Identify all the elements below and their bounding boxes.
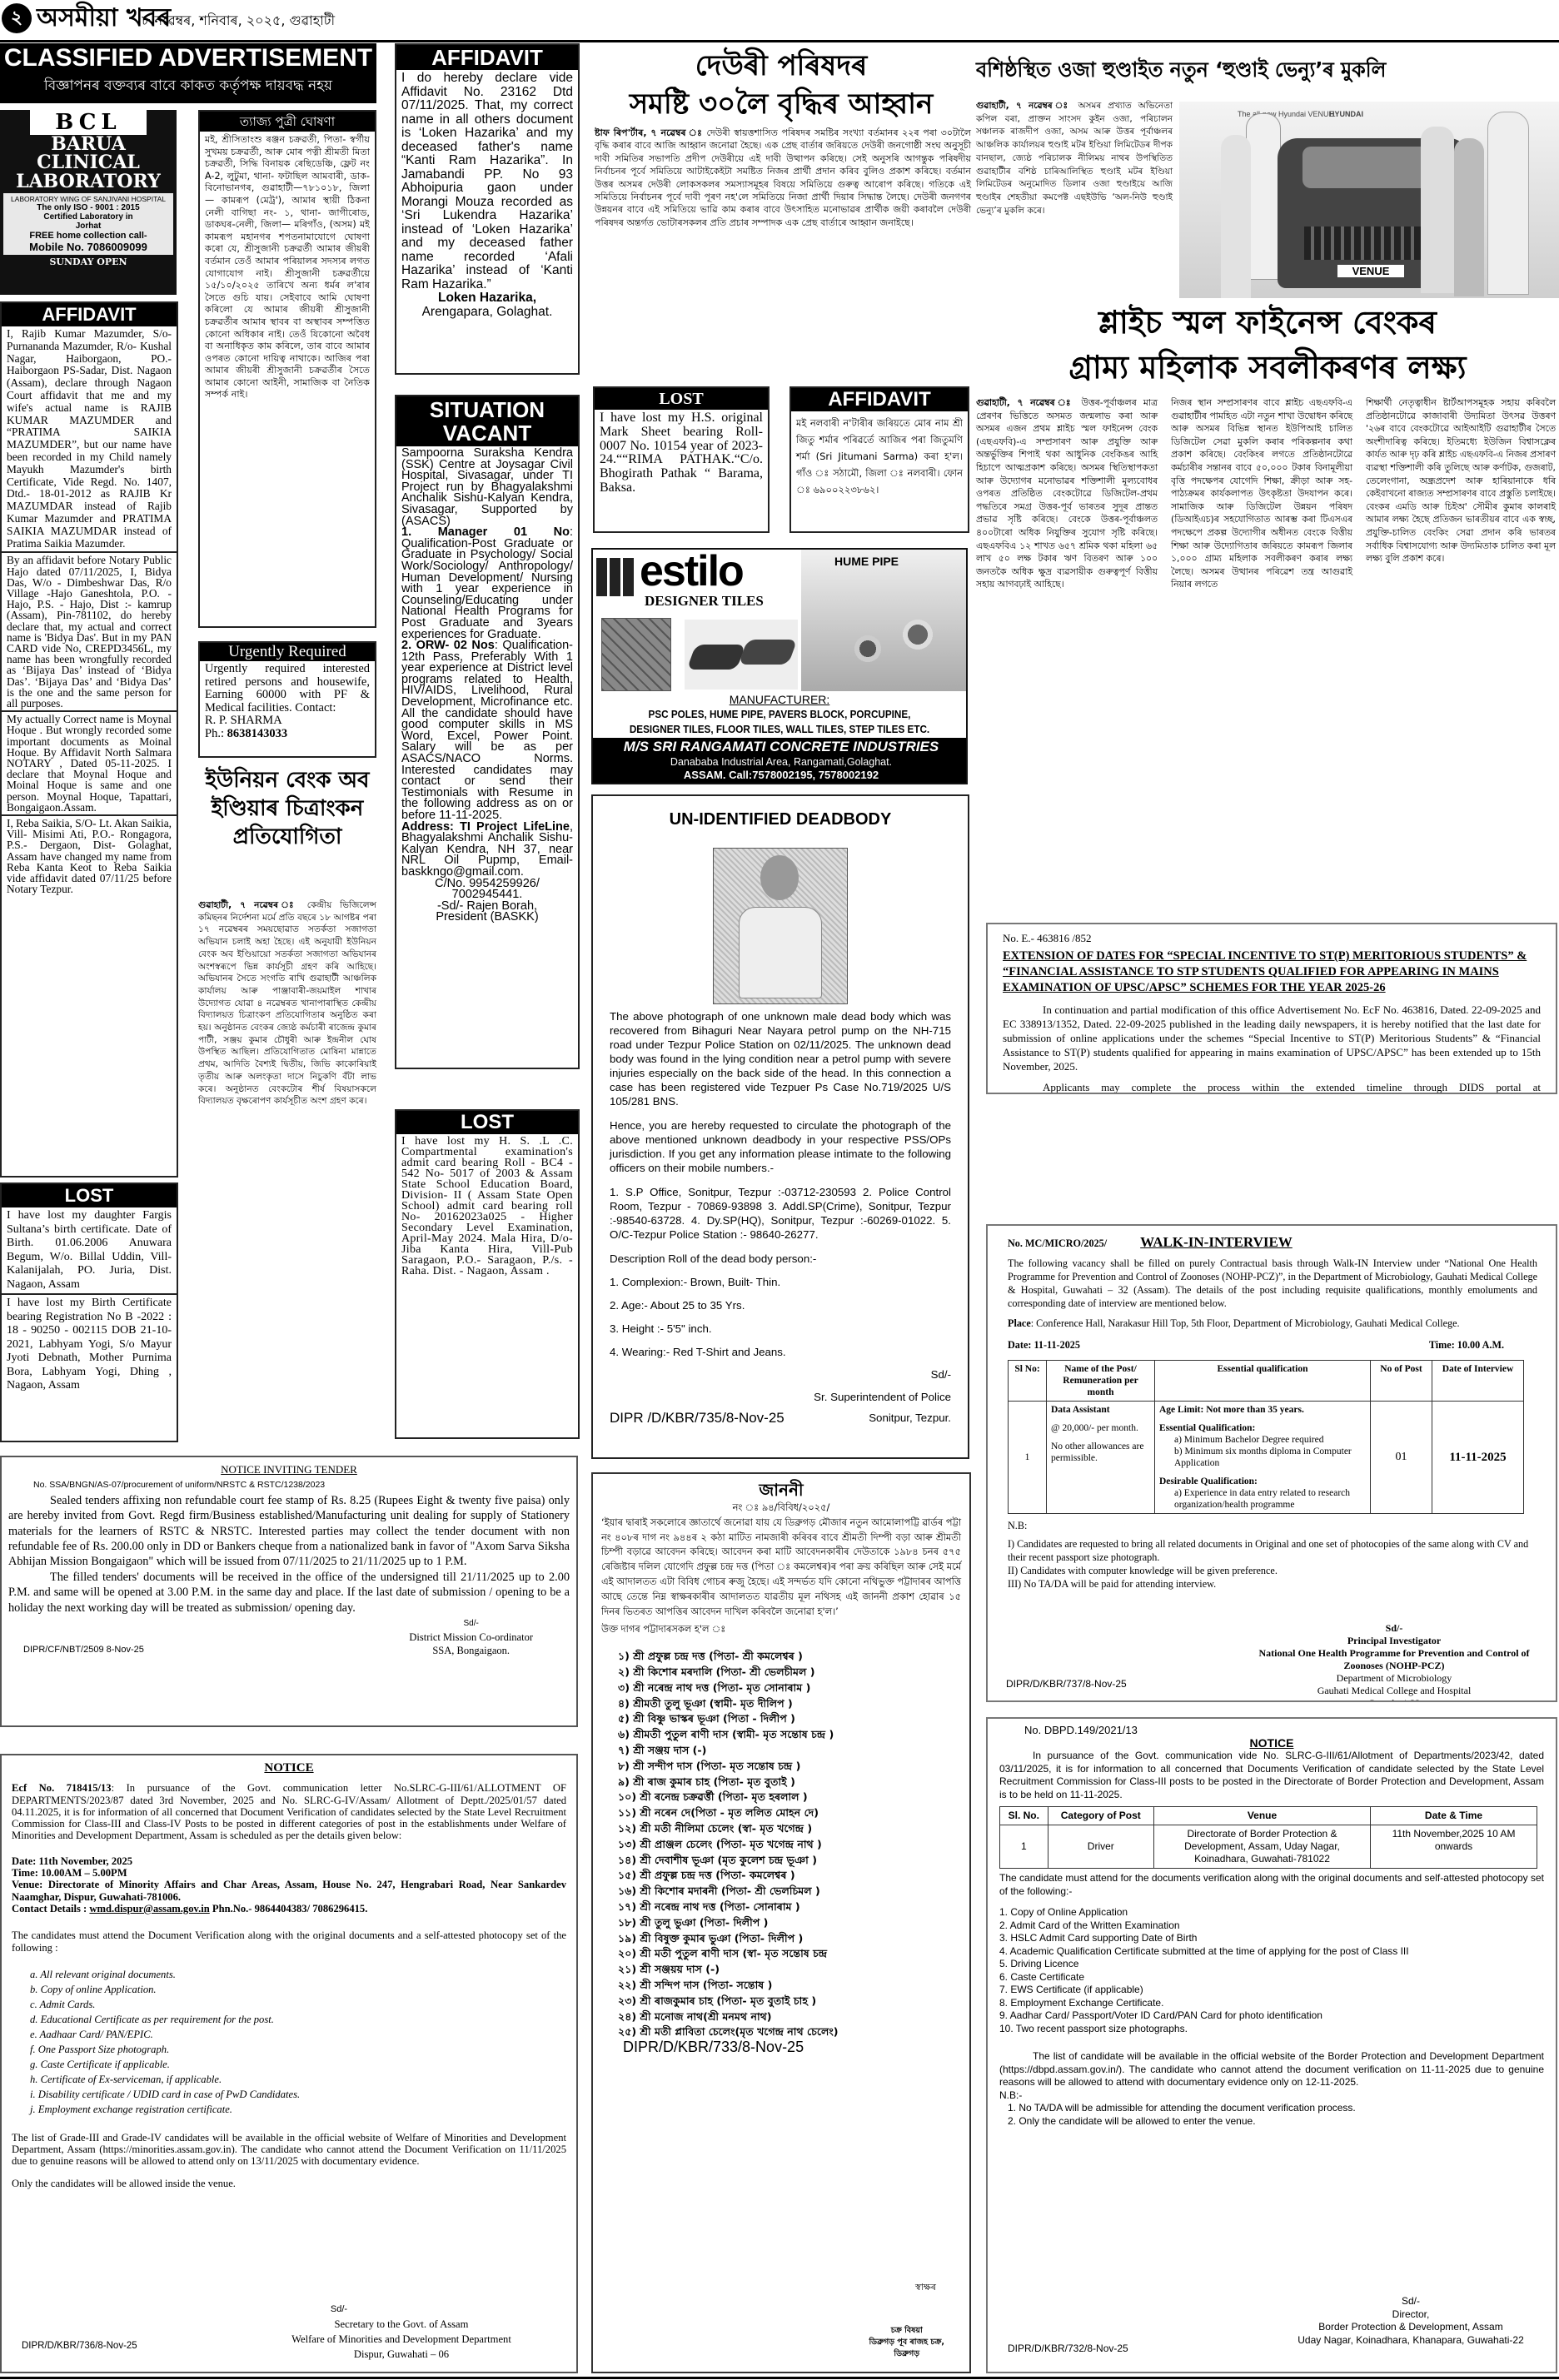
tribal-para2: Applicants may complete the process with… [1003, 1080, 1541, 1094]
walkin-nb: II) Candidates with computer knowledge w… [1008, 1564, 1537, 1577]
hyundai-photo: The all-new Hyundai VENUE. HYUNDAI VENUE [1179, 102, 1559, 298]
list-item: ৪) শ্ৰীমতী তুলু ভূঞা (স্বামী- মৃত দীলিপ … [618, 1696, 961, 1712]
walkin-number: No. MC/MICRO/2025/ [1008, 1237, 1107, 1250]
page-number-badge: ২ [2, 3, 32, 33]
list-item: ২০) শ্ৰী মতী পুতুল ৰাণী দাস (স্বা- মৃত স… [618, 1946, 961, 1962]
border-ref: DIPR/D/KBR/732/8-Nov-25 [1008, 2343, 1128, 2356]
lost-mid-body: I have lost my H. S. .L .C. Compartmenta… [396, 1134, 578, 1278]
urgently-contact-name: R. P. SHARMA [205, 714, 370, 728]
page-bottom-rule [0, 2377, 1559, 2379]
post-pay: @ 20,000/- per month. [1051, 1422, 1150, 1434]
affidavit-assamese-title: AFFIDAVIT [791, 388, 968, 411]
walkin-heading: WALK-IN-INTERVIEW [1140, 1236, 1293, 1249]
walkin-signatory: Principal Investigator [1253, 1635, 1536, 1647]
disown-title: ত্যাজ্য পুত্ৰী ঘোষণা [200, 112, 375, 132]
minority-docs-intro: The candidates must attend the Document … [12, 1929, 566, 1954]
list-item: 2. Admit Card of the Written Examination [999, 1919, 1544, 1933]
border-nb-label: N.B:- [999, 2089, 1544, 2103]
bcl-logo: BCL [30, 110, 147, 135]
estilo-logo-grid [596, 558, 635, 596]
walkin-nb: I) Candidates are requested to bring all… [1008, 1537, 1537, 1564]
urgently-required-ad: Urgently Required Urgently required inte… [198, 641, 376, 758]
tribal-para1: In continuation and partial modification… [1003, 1003, 1541, 1073]
estilo-manufacturer: MANUFACTURER: [593, 693, 966, 706]
sv-contact: C/No. 9954259926/ 7002945441. [401, 879, 573, 901]
bcl-lab-ad: BCL BARUA CLINICAL LABORATORY LABORATORY… [0, 110, 177, 295]
th-category: Category of Post [1048, 1807, 1153, 1825]
walkin-table-header: Sl No: Name of the Post/ Remuneration pe… [1009, 1361, 1524, 1402]
cell-venue: Directorate of Border Protection & Devel… [1154, 1825, 1371, 1869]
list-item: ১৯) শ্ৰী বিষুক্ত কুমাৰ ভুঞা (পিতা- দিলীপ… [618, 1931, 961, 1947]
list-item: ৮) শ্ৰী সন্দীপ দাস (পিতা- মৃত সন্তোষ চন্… [618, 1759, 961, 1775]
border-docs-list: 1. Copy of Online Application 2. Admit C… [999, 1906, 1544, 2035]
border-heading: NOTICE [999, 1737, 1544, 1750]
walkin-notice: No. MC/MICRO/2025/ WALK-IN-INTERVIEW The… [986, 1224, 1557, 1702]
lost-entry: I have lost my daughter Fargis Sultana’s… [2, 1207, 177, 1295]
deadbody-desc: 4. Wearing:- Red T-Shirt and Jeans. [610, 1345, 951, 1359]
masthead-rule [0, 40, 1559, 42]
list-item: ৫) শ্ৰী বিষ্ণু ভাস্কৰ ভূঞা (পিতা - দিলীপ… [618, 1711, 961, 1727]
hume-pipe-photo: HUME PIPE [801, 550, 968, 691]
walkin-signatory: National One Health Programme for Preven… [1253, 1647, 1536, 1672]
minority-time: Time: 10.00AM – 5.00PM [12, 1867, 566, 1879]
minority-docs-list: a. All relevant original documents. b. C… [12, 1967, 566, 2117]
minority-date: Date: 11th November, 2025 [12, 1855, 566, 1867]
lost-right: LOST I have lost my H.S. original Mark S… [593, 386, 770, 533]
lost-left: LOST I have lost my daughter Fargis Sult… [0, 1183, 178, 1442]
slice-col2: নিজৰ স্থান সম্প্ৰসাৰণৰ বাবে শ্লাইচ এছএফব… [1171, 396, 1352, 591]
janani-ref: DIPR/D/KBR/733/8-Nov-25 [623, 2040, 804, 2055]
minority-phone: Phn.No.- 9864404383/ 7086296415. [212, 1903, 367, 1914]
affidavit-entry: My actually Correct name is Moynal Hoque… [2, 712, 177, 816]
list-item: ১) শ্ৰী প্ৰফুল্ল চন্দ্ৰ দত্ত (পিতা- শ্ৰী… [618, 1649, 961, 1665]
affidavit-entry: I, Rajib Kumar Mazumder, S/o- Purnananda… [2, 326, 177, 553]
union-bank-headline: ইউনিয়ন বেংক অব ইণ্ডিয়াৰ চিত্ৰাংকন প্ৰত… [198, 766, 376, 851]
deadbody-contacts: 1. S.P Office, Sonitpur, Tezpur :-03712-… [610, 1185, 951, 1242]
cell-sl: 1 [1009, 1402, 1047, 1514]
lost-right-body: I have lost my H.S. original Mark Sheet … [595, 410, 768, 497]
sv-designation: President (BASKK) [401, 912, 573, 924]
tribal-heading: EXTENSION OF DATES FOR “SPECIAL INCENTIV… [1003, 949, 1541, 996]
bcl-name-3: LABORATORY [0, 172, 177, 192]
deuri-headline-2: সমষ্টি ৩০লৈ বৃদ্ধিৰ আহ্বান [591, 85, 971, 123]
tender-number: No. SSA/BNGN/AS-07/procurement of unifor… [8, 1477, 570, 1492]
paver-photo [685, 620, 798, 690]
hyundai-brand: HYUNDAI [1329, 110, 1363, 118]
list-item: ১৫) শ্ৰী প্ৰফুল্ল চন্দ্ৰ দত্ত (পিতা- কমল… [618, 1868, 961, 1884]
post-name: Data Assistant [1051, 1404, 1150, 1416]
list-item: ১৬) শ্ৰী কিশোৰ মদাৰনী (পিতা- শ্ৰী ভেলচিম… [618, 1884, 961, 1900]
th-sl: Sl. No. [1000, 1807, 1048, 1825]
lost-left-title: LOST [2, 1184, 177, 1207]
desirable-item: a) Experience in data entry related to r… [1159, 1487, 1366, 1511]
minority-ecf: Ecf No. 718415/13 [12, 1782, 112, 1794]
disown-notice: ত্যাজ্য পুত্ৰী ঘোষণা মই, শ্ৰীসিতাংশু ৰঞ্… [198, 110, 376, 628]
list-item: ২৪) শ্ৰী মনোজ নাথ(শ্ৰী মনমথ নাথ) [618, 2009, 961, 2025]
janani-signatory: ডিব্ৰুগড় পূব ৰাজহ চক্ৰ, [869, 2337, 944, 2348]
pattadar-list: ১) শ্ৰী প্ৰফুল্ল চন্দ্ৰ দত্ত (পিতা- শ্ৰী… [601, 1649, 961, 2040]
cell-date: 11-11-2025 [1432, 1402, 1524, 1514]
list-item: a. All relevant original documents. [30, 1967, 566, 1982]
masthead: ২ অসমীয়া খবৰ ৮ নৱেম্বৰ, শনিবাৰ, ২০২৫, গ… [0, 0, 1559, 40]
list-item: 9. Aadhar Card/ Passport/Voter ID Card/P… [999, 2009, 1544, 2023]
deadbody-description-label: Description Roll of the dead body person… [610, 1252, 951, 1266]
affidavit-mid-body: I do hereby declare vide Affidavit No. 2… [401, 72, 573, 291]
urgently-phone: 8638143033 [227, 727, 288, 740]
janani-heading: জাননী [601, 1479, 961, 1501]
bcl-iso: The only ISO - 9001 : 2015 [3, 203, 173, 212]
deadbody-ref: DIPR /D/KBR/735/8-Nov-25 [610, 1411, 784, 1425]
hyundai-dateline: গুৱাহাটী, ৭ নৱেম্বৰ ঃ [976, 101, 1072, 111]
walkin-time: Time: 10.00 A.M. [1429, 1338, 1504, 1352]
minority-only: Only the candidates will be allowed insi… [12, 2178, 566, 2189]
minority-contact-label: Contact Details : [12, 1903, 87, 1914]
list-item: d. Educational Certificate as per requir… [30, 2012, 566, 2027]
janani-body: ‘ইয়াৰ দ্বাৰাই সকলোৰে জ্ঞাতাৰ্থে জনোৱা য… [601, 1516, 961, 1620]
deadbody-photo [713, 848, 848, 1004]
cell-qualification: Age Limit: Not more than 35 years. Essen… [1155, 1402, 1371, 1514]
list-item: ১২) শ্ৰী মতী নীলিমা চেলেং (স্বা- মৃত খগে… [618, 1821, 961, 1837]
essential-item: b) Minimum six months diploma in Compute… [1159, 1446, 1366, 1469]
walkin-signatory: Gauhati Medical College and Hospital [1253, 1685, 1536, 1697]
disown-body: মই, শ্ৰীসিতাংশু ৰঞ্জন চক্ৰৱৰ্তী, পিতা- স… [200, 132, 375, 404]
age-limit: Age Limit: Not more than 35 years. [1159, 1404, 1366, 1416]
tender-heading: NOTICE INVITING TENDER [8, 1462, 570, 1477]
tender-office: SSA, Bongaigaon. [409, 1644, 533, 1657]
estilo-ad: estilo DESIGNER TILES HUME PIPE MANUFACT… [591, 548, 968, 784]
slice-headline-2: গ্ৰাম্য মহিলাক সবলীকৰণৰ লক্ষ্য [976, 345, 1559, 390]
essential-item: a) Minimum Bachelor Degree required [1159, 1434, 1366, 1446]
th-posts: No of Post [1371, 1361, 1432, 1402]
list-item: 3. HSLC Admit Card supporting Date of Bi… [999, 1932, 1544, 1945]
minority-email-link[interactable]: wmd.dispur@assam.gov.in [89, 1903, 209, 1914]
estilo-subtitle: DESIGNER TILES [645, 593, 764, 610]
janani-notice: জাননী নং ঃ ৯৪/বিবিধ/২০২৫/ ‘ইয়াৰ দ্বাৰাই… [591, 1472, 971, 2373]
slice-col3: শিক্ষাৰ্থী নেতৃত্বাধীন ষ্টাৰ্টআপসমূহক সহ… [1366, 396, 1556, 565]
tender-notice: NOTICE INVITING TENDER No. SSA/BNGN/AS-0… [0, 1456, 578, 1727]
th-datetime: Date & Time [1371, 1807, 1537, 1825]
cell-post: Data Assistant @ 20,000/- per month. No … [1047, 1402, 1155, 1514]
border-docs-intro: The candidate must attend for the docume… [999, 1872, 1544, 1898]
sv-post2-text: : Qualification- 12th Pass, Preferably W… [401, 639, 573, 822]
list-item: ২) শ্ৰী কিশোৰ মৰদালি (পিতা- শ্ৰী ভেলচীমল… [618, 1665, 961, 1680]
situation-vacant-title: SITUATION VACANT [396, 396, 578, 446]
list-item: ১৮) শ্ৰী তুলু ভুঞা (পিতা- দিলীপ ) [618, 1915, 961, 1931]
border-sd: Sd/- [1278, 2295, 1544, 2308]
deuri-dateline: ষ্টাফ ৰিপ'ৰ্টাৰ, ৭ নৱেম্বৰ ঃ [595, 127, 703, 138]
cell-category: Driver [1048, 1825, 1153, 1869]
walkin-place: : Conference Hall, Narakasur Hill Top, 5… [1031, 1317, 1460, 1329]
minority-ref: DIPR/D/KBR/736/8-Nov-25 [22, 2340, 137, 2352]
deuri-body: ষ্টাফ ৰিপ'ৰ্টাৰ, ৭ নৱেম্বৰ ঃ দেউৰী স্বায… [595, 127, 971, 229]
tile-photo [601, 618, 671, 691]
list-item: ২৩) শ্ৰী ৰাজকুমাৰ চাহ (পিতা- মৃত বুতাই চ… [618, 1994, 961, 2009]
classified-disclaimer: বিজ্ঞাপনৰ বক্তব্যৰ বাবে কাকত কৰ্তৃপক্ষ দ… [0, 73, 376, 98]
border-signatory: Uday Nagar, Koinadhara, Khanapara, Guwah… [1278, 2334, 1544, 2348]
union-bank-dateline: গুৱাহাটী, ৭ নৱেম্বৰ ঃ [198, 900, 299, 910]
border-table: Sl. No. Category of Post Venue Date & Ti… [999, 1806, 1537, 1869]
list-item: ১৩) শ্ৰী প্ৰাঞ্জল চেলেং (পিতা- মৃত খগেন্… [618, 1837, 961, 1853]
tender-signatory: District Mission Co-ordinator [409, 1631, 533, 1644]
lost-entry: I have lost my Birth Certificate bearing… [2, 1295, 177, 1395]
janani-signatory: চক্ৰ বিষয়া [869, 2325, 944, 2337]
table-row: 1 Driver Directorate of Border Protectio… [1000, 1825, 1537, 1869]
list-item: c. Admit Cards. [30, 1997, 566, 2012]
cell-posts: 01 [1371, 1402, 1432, 1514]
classified-title: CLASSIFIED ADVERTISEMENT [0, 43, 376, 73]
affidavit-mid-signature: Loken Hazarika, [401, 291, 573, 306]
deadbody-sd: Sd/- [610, 1367, 951, 1382]
list-item: 8. Employment Exchange Certificate. [999, 1997, 1544, 2010]
bcl-name-1: BARUA [0, 135, 177, 153]
th-date: Date of Interview [1432, 1361, 1524, 1402]
border-signatory: Border Protection & Development, Assam [1278, 2321, 1544, 2334]
list-item: e. Aadhaar Card/ PAN/EPIC. [30, 2027, 566, 2042]
slice-col1: গুৱাহাটী, ৭ নৱেম্বৰ ঃ উত্তৰ-পূৰ্বাঞ্চলৰ … [976, 396, 1158, 591]
bcl-mobile: Mobile No. 7086009099 [3, 241, 173, 253]
th-sl: Sl No: [1009, 1361, 1047, 1402]
list-item: ২২) শ্ৰী সন্দিপ দাস (পিতা- সন্তোষ ) [618, 1978, 961, 1994]
classified-header: CLASSIFIED ADVERTISEMENT বিজ্ঞাপনৰ বক্তব… [0, 43, 376, 103]
lost-mid-title: LOST [396, 1111, 578, 1134]
list-item: ৩) শ্ৰী নৰেন্দ্ৰ নাথ দত্ত (পিতা- মৃত সোন… [618, 1680, 961, 1696]
walkin-signatory: Department of Microbiology [1253, 1672, 1536, 1685]
desirable-label: Desirable Qualification: [1159, 1476, 1366, 1487]
list-item: h. Certificate of Ex-serviceman, if appl… [30, 2072, 566, 2087]
affidavit-left-title: AFFIDAVIT [2, 303, 177, 326]
dateline: ৮ নৱেম্বৰ, শনিবাৰ, ২০২৫, গুৱাহাটী [142, 10, 335, 32]
table-row: 1 Data Assistant @ 20,000/- per month. N… [1009, 1402, 1524, 1514]
affidavit-entry: I, Reba Saikia, S/O- Lt. Akan Saikia, Vi… [2, 816, 177, 896]
deadbody-place: Sonitpur, Tezpur. [869, 1411, 951, 1425]
hyundai-body: গুৱাহাটী, ৭ নৱেম্বৰ ঃ অসমৰ প্ৰখ্যাত অভিন… [976, 100, 1173, 217]
walkin-nb: III) No TA/DA will be paid for attending… [1008, 1577, 1537, 1591]
slice-dateline: গুৱাহাটী, ৭ নৱেম্বৰ ঃ [976, 397, 1074, 408]
bcl-free: FREE home collection call- [3, 231, 173, 241]
slice-col1-text: উত্তৰ-পূৰ্বাঞ্চলৰ মাত্ৰ প্ৰেৰণৰ ভিত্তিতে… [976, 397, 1158, 590]
estilo-company: M/S SRI RANGAMATI CONCRETE INDUSTRIES [593, 738, 968, 756]
estilo-address: Danababa Industrial Area, Rangamati,Gola… [593, 756, 968, 769]
list-item: ৬) শ্ৰীমতী পুতুল ৰাণী দাস (স্বামী- মৃত স… [618, 1727, 961, 1743]
list-item: 5. Driving Licence [999, 1958, 1544, 1971]
border-intro: In pursuance of the Govt. communication … [999, 1750, 1544, 1801]
post-allowance: No other allowances are permissible. [1051, 1441, 1150, 1464]
walkin-nb-label: N.B: [1008, 1519, 1537, 1532]
list-item: j. Employment exchange registration cert… [30, 2102, 566, 2117]
walkin-date: Date: 11-11-2025 [1008, 1338, 1080, 1352]
deadbody-notice: UN-IDENTIFIED DEADBODY The above photogr… [591, 794, 969, 1459]
slice-headline: শ্লাইচ স্মল ফাইনেন্স বেংকৰ গ্ৰাম্য মহিলা… [976, 300, 1559, 390]
walkin-signatory: Guwahati-32 [1253, 1697, 1536, 1702]
affidavit-assamese: AFFIDAVIT মই নলবাৰী ন'টাৰীৰ জৰিয়তে মোৰ … [789, 386, 969, 533]
janani-signatory: ডিব্ৰুগড় [869, 2348, 944, 2360]
list-item: ৯) শ্ৰী ৰাজ কুমাৰ চাহ (পিতা- মৃত বুতাই ) [618, 1775, 961, 1790]
minority-notice: NOTICE Ecf No. 718415/13: In pursuance o… [0, 1754, 578, 2373]
affidavit-left: AFFIDAVIT I, Rajib Kumar Mazumder, S/o- … [0, 301, 178, 1178]
border-signatory: Director, [1278, 2308, 1544, 2322]
list-item: ১১) শ্ৰী নৰেন দে(পিতা - মৃত ললিত মোহন দে… [618, 1805, 961, 1821]
minority-signatory: Welfare of Minorities and Development De… [252, 2332, 551, 2347]
slice-headline-1: শ্লাইচ স্মল ফাইনেন্স বেংকৰ [976, 300, 1559, 345]
affidavit-mid-place: Arengapara, Golaghat. [401, 306, 573, 320]
th-qualification: Essential qualification [1155, 1361, 1371, 1402]
minority-sd: Sd/- [127, 2302, 551, 2317]
th-venue: Venue [1154, 1807, 1371, 1825]
minority-heading: NOTICE [12, 1762, 566, 1774]
estilo-products-1: PSC POLES, HUME PIPE, PAVERS BLOCK, PORC… [611, 708, 947, 720]
list-item: g. Caste Certificate if applicable. [30, 2057, 566, 2072]
tribal-number: No. E.- 463816 /852 [1003, 931, 1541, 945]
urgently-body: Urgently required interested retired per… [205, 663, 370, 714]
list-item: 4. Academic Qualification Certificate su… [999, 1945, 1544, 1959]
cell-datetime: 11th November,2025 10 AM onwards [1371, 1825, 1537, 1869]
list-item: 6. Caste Certificate [999, 1971, 1544, 1984]
list-item: ১৭) শ্ৰী নৰেন্দ্ৰ নাথ দত্ত (পিতা- সোনাৰা… [618, 1900, 961, 1915]
situation-vacant: SITUATION VACANT Sampoorna Suraksha Kend… [395, 395, 580, 1069]
border-list-para: The list of candidate will be available … [999, 2050, 1544, 2089]
border-number: No. DBPD.149/2021/13 [999, 1724, 1544, 1737]
tender-para1: Sealed tenders affixing non refundable c… [8, 1493, 570, 1570]
list-item: ৭) শ্ৰী সঞ্জয় দাস (-) [618, 1743, 961, 1759]
deuri-headline-1: দেউৰী পৰিষদৰ [591, 47, 971, 85]
tender-ref: DIPR/CF/NBT/2509 8-Nov-25 [8, 1642, 144, 1657]
estilo-call: ASSAM. Call:7578002195, 7578002192 [593, 769, 968, 782]
deuri-headline: দেউৰী পৰিষদৰ সমষ্টি ৩০লৈ বৃদ্ধিৰ আহ্বান [591, 47, 971, 123]
bcl-sunday: SUNDAY OPEN [0, 256, 177, 267]
bcl-name-2: CLINICAL [0, 153, 177, 172]
deadbody-desc: 2. Age:- About 25 to 35 Yrs. [610, 1298, 951, 1312]
walkin-intro: The following vacancy shall be filled on… [1008, 1257, 1537, 1310]
list-item: ১৪) শ্ৰী দেবাশীষ ভূঞা (মৃত কুলেশ চন্দ্ৰ … [618, 1853, 961, 1869]
hyundai-plate: VENUE [1337, 265, 1404, 277]
border-nb: 1. No TA/DA will be admissible for atten… [999, 2102, 1544, 2115]
janani-number: নং ঃ ৯৪/বিবিধ/২০২৫/ [601, 1501, 961, 1516]
list-item: b. Copy of online Application. [30, 1982, 566, 1997]
deuri-text: দেউৰী স্বায়ত্তশাসিত পৰিষদৰ সমষ্টিৰ সংখ্… [595, 127, 971, 228]
essential-label: Essential Qualification: [1159, 1422, 1366, 1434]
bcl-city: Jorhat [3, 222, 173, 231]
tender-sd: Sd/- [409, 1617, 533, 1631]
janani-list-intro: উক্ত দাগৰ পট্টাদাৰসকল হ'ল ঃ [601, 1622, 961, 1637]
list-item: 7. EWS Certificate (if applicable) [999, 1984, 1544, 1997]
janani-sign: স্বাক্ষৰ [915, 2280, 936, 2295]
hyundai-text: অসমৰ প্ৰখ্যাত অভিনেতা কপিল বৰা, প্ৰাক্তন… [976, 101, 1173, 216]
deadbody-para2: Hence, you are hereby requested to circu… [610, 1118, 951, 1175]
affidavit-entry: By an affidavit before Notary Public Haj… [2, 553, 177, 712]
hume-pipe-label: HUME PIPE [834, 555, 899, 568]
bcl-wing: LABORATORY WING OF SANJIVANI HOSPITAL [3, 195, 173, 203]
th-post: Name of the Post/ Remuneration per month [1047, 1361, 1155, 1402]
affidavit-assamese-body: মই নলবাৰী ন'টাৰীৰ জৰিয়তে মোৰ নাম শ্ৰী জ… [791, 411, 968, 501]
walkin-place-label: Place [1008, 1317, 1031, 1329]
walkin-table: Sl No: Name of the Post/ Remuneration pe… [1008, 1360, 1524, 1514]
lost-mid: LOST I have lost my H. S. .L .C. Compart… [395, 1109, 580, 1439]
lost-right-title: LOST [595, 388, 768, 410]
estilo-brand: estilo [640, 548, 743, 596]
affidavit-mid: AFFIDAVIT I do hereby declare vide Affid… [395, 43, 580, 375]
sv-post1-text: : Qualification-Post Graduate or Graduat… [401, 525, 573, 640]
list-item: ১০) শ্ৰী ৰনেন্দ্ৰ চক্ৰৱৰ্ত্তী (পিতা- মৃত… [618, 1790, 961, 1805]
urgently-phone-label: Ph.: [205, 727, 224, 740]
minority-list-para: The list of Grade-III and Grade-IV candi… [12, 2132, 566, 2168]
deadbody-desc: 3. Height :- 5'5" inch. [610, 1322, 951, 1336]
affidavit-mid-title: AFFIDAVIT [396, 45, 578, 70]
urgently-title: Urgently Required [200, 643, 375, 661]
estilo-products-2: DESIGNER TILES, FLOOR TILES, WALL TILES,… [611, 723, 947, 735]
border-nb: 2. Only the candidate will be allowed to… [999, 2115, 1544, 2129]
deadbody-signatory: Sr. Superintendent of Police [610, 1390, 951, 1404]
tribal-notice: No. E.- 463816 /852 EXTENSION OF DATES F… [986, 923, 1557, 1094]
walkin-ref: DIPR/D/KBR/737/8-Nov-25 [1006, 1677, 1127, 1690]
minority-venue: Venue: Directorate of Minority Affairs a… [12, 1879, 566, 1903]
union-bank-body: গুৱাহাটী, ৭ নৱেম্বৰ ঃ কেন্দ্ৰীয় ভিজিলেন… [198, 899, 376, 1108]
sv-intro: Sampoorna Suraksha Kendra (SSK) Centre a… [401, 448, 573, 527]
deadbody-desc: 1. Complexion:- Brown, Built- Thin. [610, 1275, 951, 1289]
minority-signatory: Secretary to the Govt. of Assam [252, 2317, 551, 2332]
list-item: 1. Copy of Online Application [999, 1906, 1544, 1919]
walkin-sd: Sd/- [1253, 1622, 1536, 1635]
list-item: f. One Passport Size photograph. [30, 2042, 566, 2057]
bcl-certified: Certified Laboratory in [3, 212, 173, 222]
deadbody-para1: The above photograph of one unknown male… [610, 1009, 951, 1108]
deadbody-title: UN-IDENTIFIED DEADBODY [593, 808, 968, 831]
list-item: i. Disability certificate / UDID card in… [30, 2087, 566, 2102]
tender-para2: The filled tenders' documents will be re… [8, 1570, 570, 1616]
cell-sl: 1 [1000, 1825, 1048, 1869]
list-item: ২১) শ্ৰী সঞ্জয়য় দাস (-) [618, 1962, 961, 1978]
minority-signatory: Dispur, Guwahati – 06 [252, 2347, 551, 2362]
border-table-header: Sl. No. Category of Post Venue Date & Ti… [1000, 1807, 1537, 1825]
hyundai-headline: বশিষ্ঠস্থিত ওজা হুণ্ডাইত নতুন ‘হুণ্ডাই ভ… [976, 47, 1530, 93]
list-item: 10. Two recent passport size photographs… [999, 2023, 1544, 2036]
border-notice: No. DBPD.149/2021/13 NOTICE In pursuance… [986, 1717, 1557, 2373]
union-bank-text: কেন্দ্ৰীয় ভিজিলেন্স কমিছনৰ নিৰ্দেশনা মৰ… [198, 900, 376, 1106]
